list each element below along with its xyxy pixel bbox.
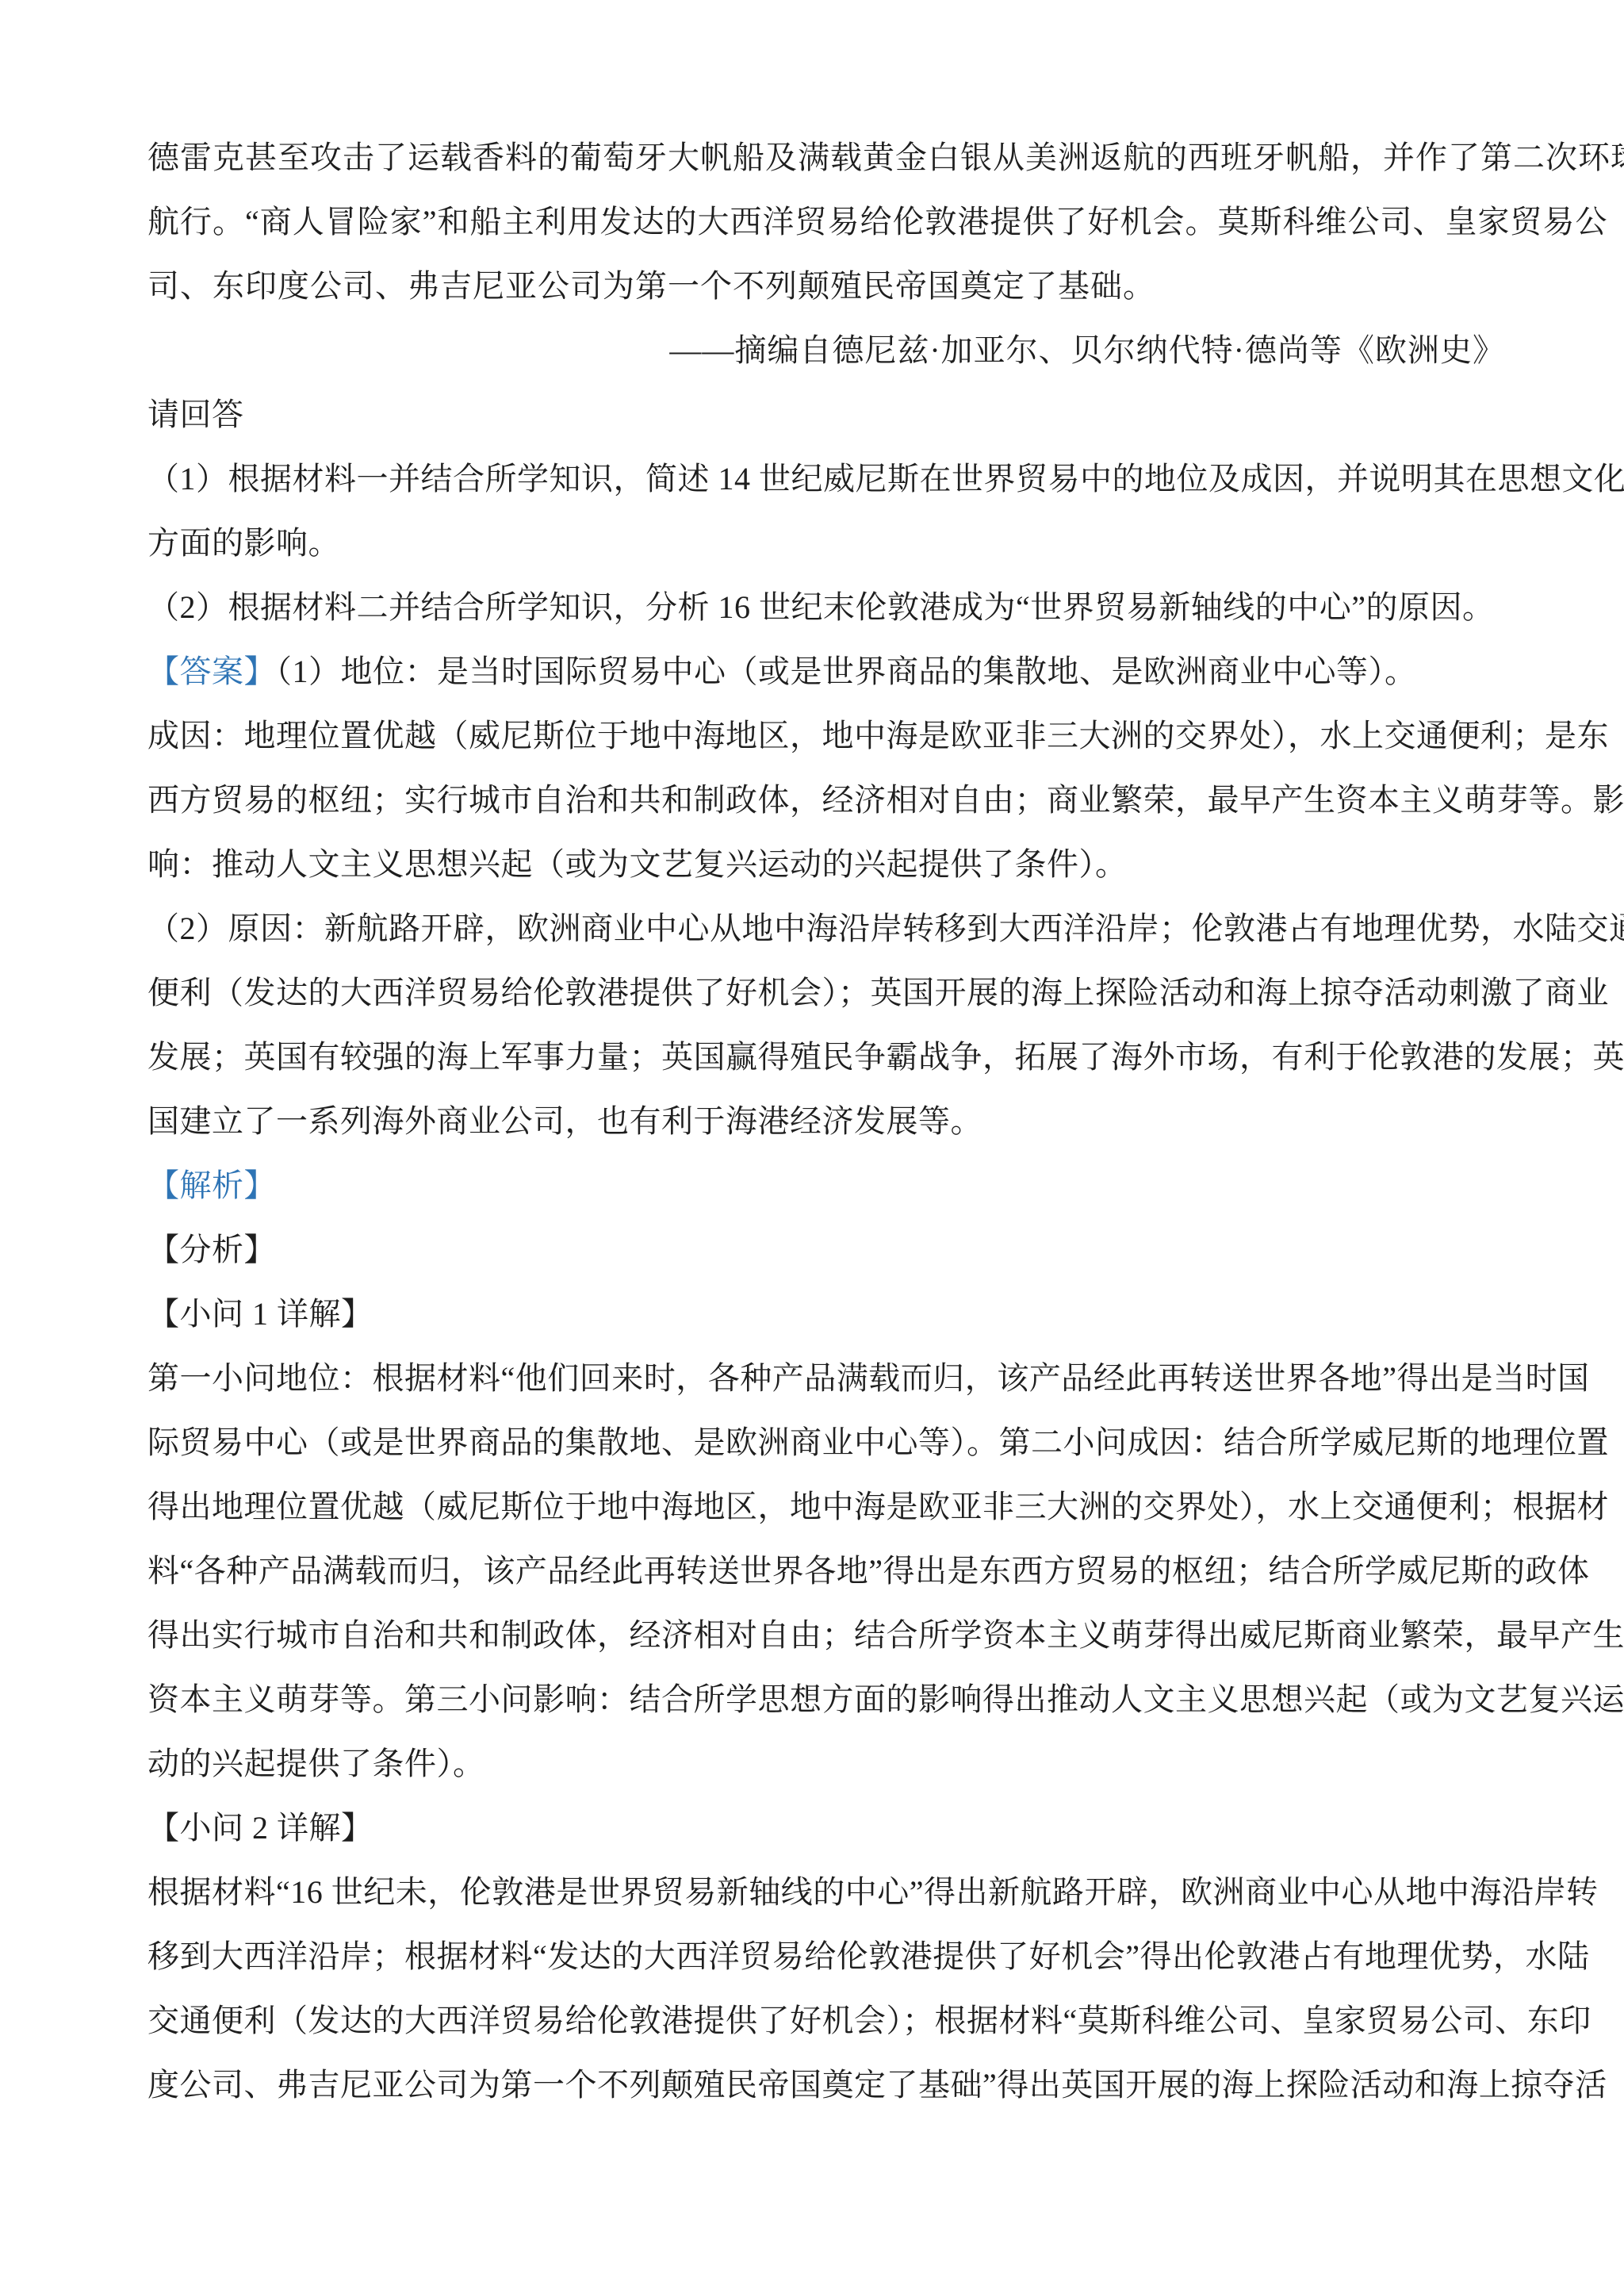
part1-line: 得出地理位置优越（威尼斯位于地中海地区，地中海是欧亚非三大洲的交界处），水上交通… bbox=[147, 1474, 1505, 1539]
material-line: 航行。“商人冒险家”和船主利用发达的大西洋贸易给伦敦港提供了好机会。莫斯科维公司… bbox=[147, 190, 1505, 254]
answer-line: 发展；英国有较强的海上军事力量；英国赢得殖民争霸战争，拓展了海外市场，有利于伦敦… bbox=[147, 1025, 1505, 1089]
part2-line: 度公司、弗吉尼亚公司为第一个不列颠殖民帝国奠定了基础”得出英国开展的海上探险活动… bbox=[147, 2053, 1505, 2117]
question-prompt: 请回答 bbox=[147, 382, 1505, 447]
answer-text: （1）地位：是当时国际贸易中心（或是世界商品的集散地、是欧洲商业中心等）。 bbox=[276, 654, 1417, 689]
explanation-label: 【解析】 bbox=[147, 1167, 276, 1203]
part2-line: 交通便利（发达的大西洋贸易给伦敦港提供了好机会）；根据材料“莫斯科维公司、皇家贸… bbox=[147, 1988, 1505, 2053]
answer-line: 国建立了一系列海外商业公司，也有利于海港经济发展等。 bbox=[147, 1089, 1505, 1153]
question-2-line: （2）根据材料二并结合所学知识，分析 16 世纪末伦敦港成为“世界贸易新轴线的中… bbox=[147, 575, 1505, 639]
part1-heading-line: 【小问 1 详解】 bbox=[147, 1282, 1505, 1346]
part1-line: 资本主义萌芽等。第三小问影响：结合所学思想方面的影响得出推动人文主义思想兴起（或… bbox=[147, 1667, 1505, 1731]
part1-line: 动的兴起提供了条件）。 bbox=[147, 1731, 1505, 1796]
answer-line: （2）原因：新航路开辟，欧洲商业中心从地中海沿岸转移到大西洋沿岸；伦敦港占有地理… bbox=[147, 896, 1505, 960]
answer-label: 【答案】 bbox=[147, 654, 276, 689]
part1-line: 得出实行城市自治和共和制政体，经济相对自由；结合所学资本主义萌芽得出威尼斯商业繁… bbox=[147, 1603, 1505, 1667]
part2-line: 移到大西洋沿岸；根据材料“发达的大西洋贸易给伦敦港提供了好机会”得出伦敦港占有地… bbox=[147, 1924, 1505, 1988]
part1-line: 第一小问地位：根据材料“他们回来时，各种产品满载而归，该产品经此再转送世界各地”… bbox=[147, 1346, 1505, 1410]
answer-line: 便利（发达的大西洋贸易给伦敦港提供了好机会）；英国开展的海上探险活动和海上掠夺活… bbox=[147, 960, 1505, 1025]
analysis-label-line: 【分析】 bbox=[147, 1217, 1505, 1282]
part1-line: 际贸易中心（或是世界商品的集散地、是欧洲商业中心等）。第二小问成因：结合所学威尼… bbox=[147, 1410, 1505, 1474]
answer-line: 西方贸易的枢纽；实行城市自治和共和制政体，经济相对自由；商业繁荣，最早产生资本主… bbox=[147, 768, 1505, 832]
answer-line: 成因：地理位置优越（威尼斯位于地中海地区，地中海是欧亚非三大洲的交界处），水上交… bbox=[147, 704, 1505, 768]
part2-heading-line: 【小问 2 详解】 bbox=[147, 1796, 1505, 1860]
part2-line: 根据材料“16 世纪未，伦敦港是世界贸易新轴线的中心”得出新航路开辟，欧洲商业中… bbox=[147, 1860, 1505, 1924]
document-page: 德雷克甚至攻击了运载香料的葡萄牙大帆船及满载黄金白银从美洲返航的西班牙帆船，并作… bbox=[147, 0, 1505, 2117]
answer-line: 响：推动人文主义思想兴起（或为文艺复兴运动的兴起提供了条件）。 bbox=[147, 832, 1505, 896]
question-1-line: （1）根据材料一并结合所学知识，简述 14 世纪威尼斯在世界贸易中的地位及成因，… bbox=[147, 447, 1505, 511]
source-attribution: ——摘编自德尼兹·加亚尔、贝尔纳代特·德尚等《欧洲史》 bbox=[147, 318, 1505, 382]
material-line: 德雷克甚至攻击了运载香料的葡萄牙大帆船及满载黄金白银从美洲返航的西班牙帆船，并作… bbox=[147, 125, 1505, 190]
answer-heading-line: 【答案】（1）地位：是当时国际贸易中心（或是世界商品的集散地、是欧洲商业中心等）… bbox=[147, 639, 1505, 704]
explanation-heading-line: 【解析】 bbox=[147, 1153, 1505, 1217]
question-1-line: 方面的影响。 bbox=[147, 511, 1505, 575]
material-line: 司、东印度公司、弗吉尼亚公司为第一个不列颠殖民帝国奠定了基础。 bbox=[147, 254, 1505, 318]
part1-line: 料“各种产品满载而归，该产品经此再转送世界各地”得出是东西方贸易的枢纽；结合所学… bbox=[147, 1539, 1505, 1603]
